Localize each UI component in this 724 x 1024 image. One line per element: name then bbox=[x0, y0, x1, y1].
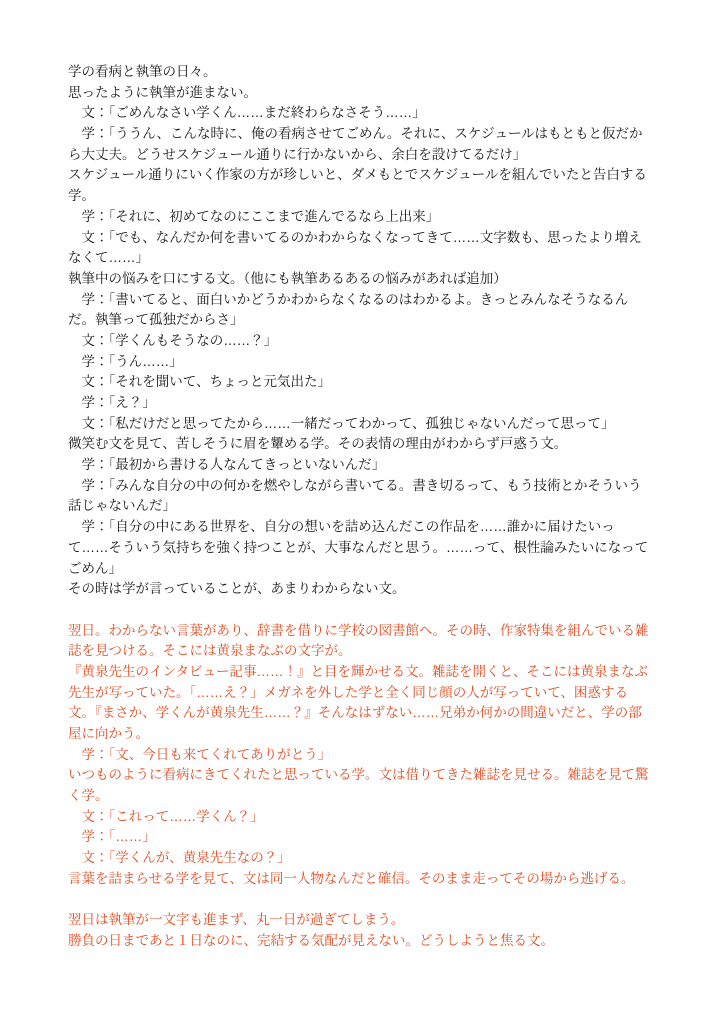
text-line: 学：「え？」 bbox=[68, 393, 668, 414]
text-line: スケジュール通りにいく作家の方が珍しいと、ダメもとでスケジュールを組んでいたと告… bbox=[68, 165, 668, 186]
text-line: 学：「自分の中にある世界を、自分の想いを詰め込んだこの作品を……誰かに届けたいっ bbox=[68, 517, 668, 538]
text-line: 『黄泉先生のインタビュー記事……！』と目を輝かせる文。雑誌を開くと、そこには黄泉… bbox=[68, 662, 668, 683]
text-line: 文：「でも、なんだか何を書いてるのかわからなくなってきて……文字数も、思ったより… bbox=[68, 228, 668, 249]
text-line: だ。執筆って孤独だからさ」 bbox=[68, 310, 668, 331]
text-line: なくて……」 bbox=[68, 248, 668, 269]
text-line: 文：「ごめんなさい学くん……まだ終わらなさそう……」 bbox=[68, 103, 668, 124]
text-line: 文：「学くんもそうなの……？」 bbox=[68, 331, 668, 352]
blank-line bbox=[68, 600, 668, 621]
text-line: 学の看病と執筆の日々。 bbox=[68, 62, 668, 83]
text-line: 学：「それに、初めてなのにここまで進んでるなら上出来」 bbox=[68, 207, 668, 228]
text-line: 勝負の日まであと１日なのに、完結する気配が見えない。どうしようと焦る文。 bbox=[68, 931, 668, 952]
text-line: いつものように看病にきてくれたと思っている学。文は借りてきた雑誌を見せる。雑誌を… bbox=[68, 765, 668, 786]
text-line: 言葉を詰まらせる学を見て、文は同一人物なんだと確信。そのまま走ってその場から逃げ… bbox=[68, 869, 668, 890]
text-line: その時は学が言っていることが、あまりわからない文。 bbox=[68, 579, 668, 600]
text-line: 学：「文、今日も来てくれてありがとう」 bbox=[68, 745, 668, 766]
text-line: 話じゃないんだ」 bbox=[68, 496, 668, 517]
text-line: 学：「書いてると、面白いかどうかわからなくなるのはわかるよ。きっとみんなそうなる… bbox=[68, 290, 668, 311]
document-page: 学の看病と執筆の日々。思ったように執筆が進まない。 文：「ごめんなさい学くん……… bbox=[0, 0, 724, 1024]
text-line: く学。 bbox=[68, 786, 668, 807]
blank-line bbox=[68, 890, 668, 911]
text-line: 学：「……」 bbox=[68, 827, 668, 848]
text-line: て……そういう気持ちを強く持つことが、大事なんだと思う。……って、根性論みたいに… bbox=[68, 538, 668, 559]
text-line: 文：「これって……学くん？」 bbox=[68, 807, 668, 828]
text-line: ら大丈夫。どうせスケジュール通りに行かないから、余白を設けてるだけ」 bbox=[68, 145, 668, 166]
text-line: ごめん」 bbox=[68, 559, 668, 580]
text-line: 学：「最初から書ける人なんてきっといないんだ」 bbox=[68, 455, 668, 476]
text-line: 思ったように執筆が進まない。 bbox=[68, 83, 668, 104]
text-line: 翌日は執筆が一文字も進まず、丸一日が過ぎてしまう。 bbox=[68, 910, 668, 931]
text-line: 学：「ううん、こんな時に、俺の看病させてごめん。それに、スケジュールはもともと仮… bbox=[68, 124, 668, 145]
text-line: 翌日。わからない言葉があり、辞書を借りに学校の図書館へ。その時、作家特集を組んで… bbox=[68, 621, 668, 642]
document-body: 学の看病と執筆の日々。思ったように執筆が進まない。 文：「ごめんなさい学くん……… bbox=[68, 62, 668, 952]
text-line: 文：「私だけだと思ってたから……一緒だってわかって、孤独じゃないんだって思って」 bbox=[68, 414, 668, 435]
text-line: 学：「うん……」 bbox=[68, 352, 668, 373]
text-line: 文：「それを聞いて、ちょっと元気出た」 bbox=[68, 372, 668, 393]
text-line: 学：「みんな自分の中の何かを燃やしながら書いてる。書き切るって、もう技術とかそう… bbox=[68, 476, 668, 497]
text-line: 文：「学くんが、黄泉先生なの？」 bbox=[68, 848, 668, 869]
text-line: 学。 bbox=[68, 186, 668, 207]
text-line: 先生が写っていた。「……え？」メガネを外した学と全く同じ顔の人が写っていて、困惑… bbox=[68, 683, 668, 704]
text-line: 誌を見つける。そこには黄泉まなぶの文字が。 bbox=[68, 641, 668, 662]
text-line: 執筆中の悩みを口にする文。（他にも執筆あるあるの悩みがあれば追加） bbox=[68, 269, 668, 290]
text-line: 屋に向かう。 bbox=[68, 724, 668, 745]
text-line: 文。『まさか、学くんが黄泉先生……？』そんなはずない……兄弟か何かの間違いだと、… bbox=[68, 703, 668, 724]
text-line: 微笑む文を見て、苦しそうに眉を顰める学。その表情の理由がわからず戸惑う文。 bbox=[68, 434, 668, 455]
